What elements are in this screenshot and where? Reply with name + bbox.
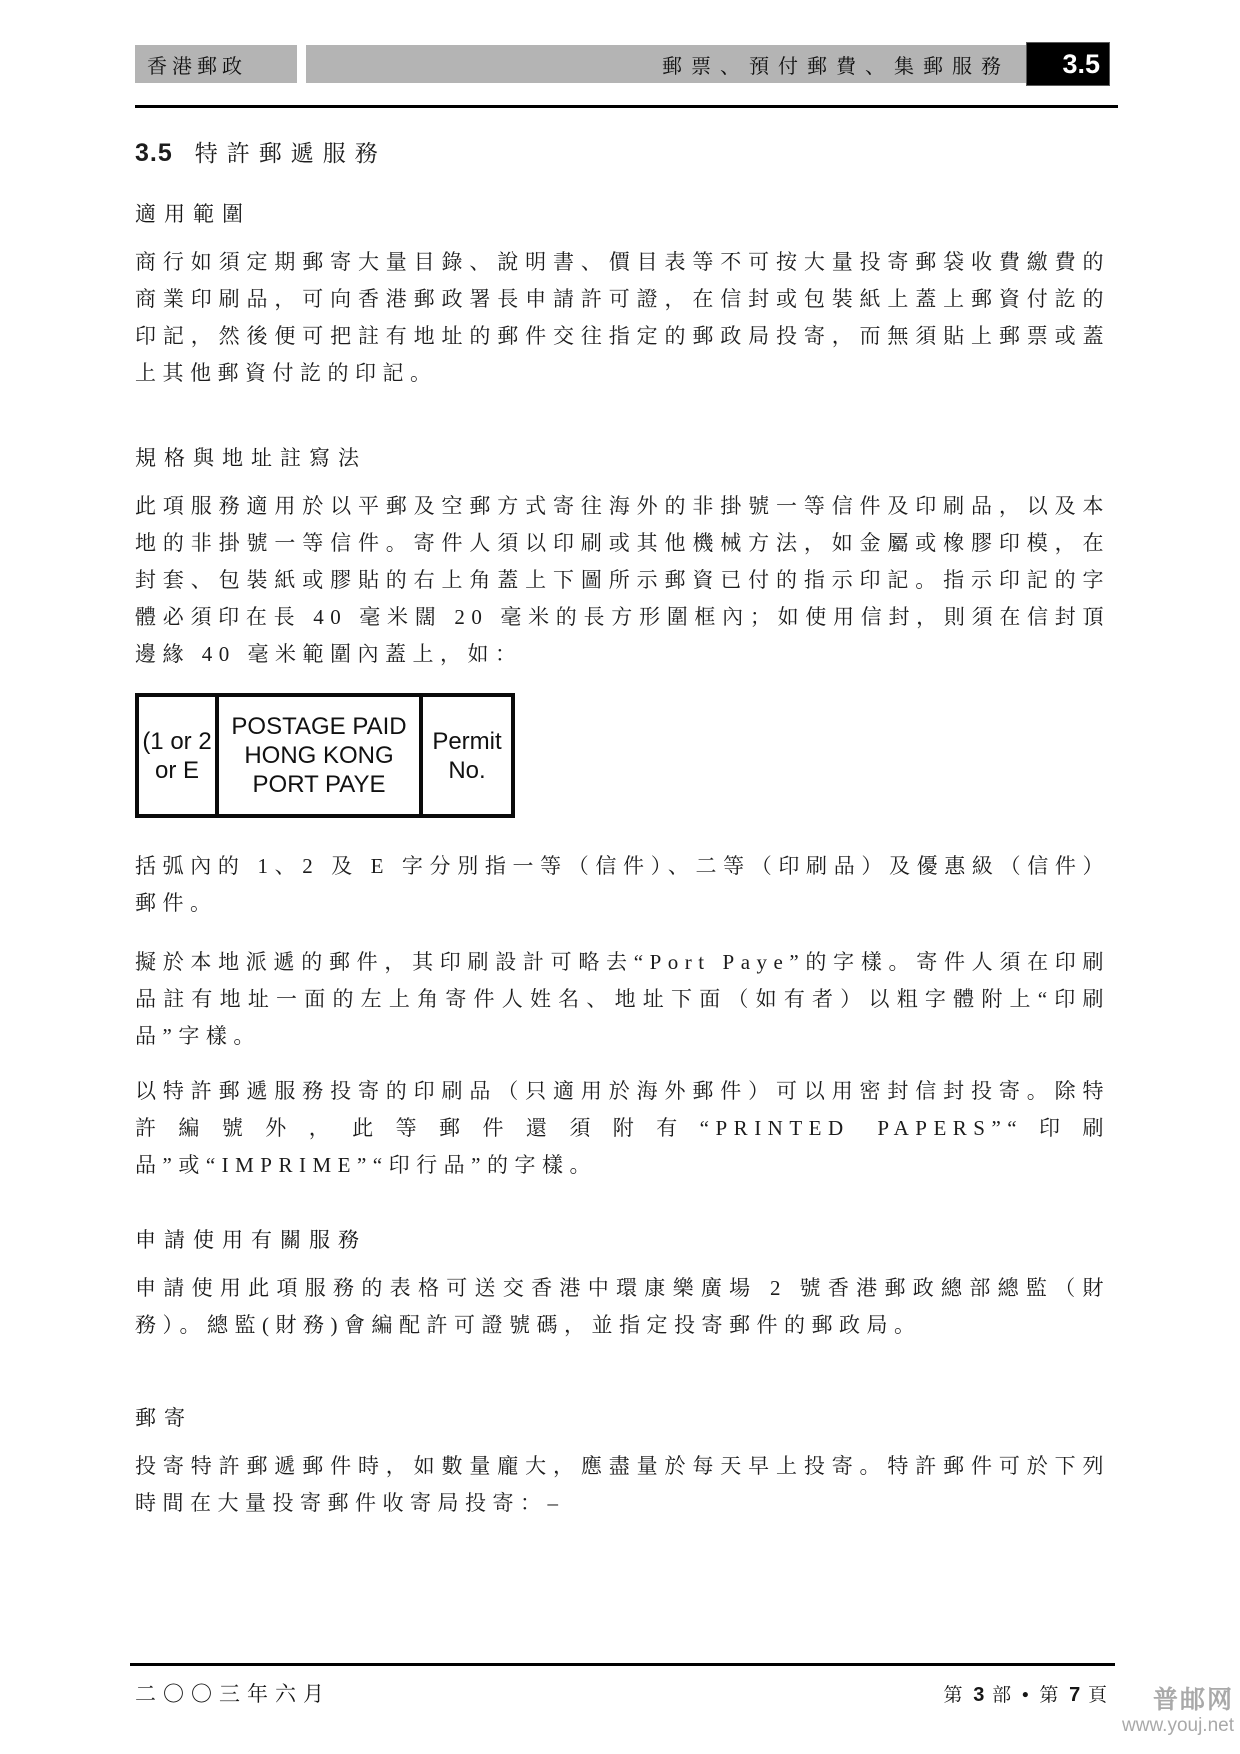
stamp-class-line1: (1 or 2 <box>142 727 211 756</box>
stamp-postage-line1: POSTAGE PAID <box>231 712 406 741</box>
header-chapter-label: 郵票、預付郵費、集郵服務 <box>306 45 1026 83</box>
paragraph-bracket-classes: 括弧內的 1、2 及 E 字分別指一等（信件）、二等（印刷品）及優惠級（信件）郵… <box>135 848 1110 922</box>
stamp-postage-line3: PORT PAYE <box>253 770 386 799</box>
header-divider <box>297 45 306 83</box>
page-content: 香港郵政 郵票、預付郵費、集郵服務 3.5 3.5 特許郵遞服務 適用範圍 商行… <box>0 0 1240 1522</box>
heading-scope: 適用範圍 <box>135 198 1110 228</box>
page-header: 香港郵政 郵票、預付郵費、集郵服務 3.5 <box>135 45 1110 83</box>
page-title-number: 3.5 <box>135 139 173 168</box>
page-number-part-suffix: 部 <box>992 1685 1014 1706</box>
paragraph-posting: 投寄特許郵遞郵件時，如數量龐大，應盡量於每天早上投寄。特許郵件可於下列時間在大量… <box>135 1448 1110 1522</box>
stamp-permit-cell: Permit No. <box>423 697 511 814</box>
stamp-permit-line1: Permit <box>432 727 501 756</box>
heading-application: 申請使用有關服務 <box>135 1224 1110 1254</box>
page-footer: 二〇〇三年六月 第 3 部 • 第 7 頁 <box>135 1678 1110 1708</box>
watermark-url-text: www.youj.net <box>1122 1715 1234 1737</box>
paragraph-specifications: 此項服務適用於以平郵及空郵方式寄往海外的非掛號一等信件及印刷品，以及本地的非掛號… <box>135 488 1110 673</box>
page-number-separator: • <box>1022 1685 1032 1706</box>
stamp-class-cell: (1 or 2 or E <box>139 697 219 814</box>
page-number: 第 3 部 • 第 7 頁 <box>944 1680 1110 1707</box>
paragraph-scope: 商行如須定期郵寄大量目錄、說明書、價目表等不可按大量投寄郵袋收費繳費的商業印刷品… <box>135 244 1110 392</box>
footer-rule <box>130 1663 1115 1666</box>
watermark: 普邮网 www.youj.net <box>1122 1686 1234 1737</box>
watermark-logo-text: 普邮网 <box>1122 1686 1234 1715</box>
stamp-postage-paid-cell: POSTAGE PAID HONG KONG PORT PAYE <box>219 697 423 814</box>
heading-posting: 郵寄 <box>135 1402 1110 1432</box>
page-number-part-value: 3 <box>973 1684 984 1706</box>
page-number-page-suffix: 頁 <box>1088 1685 1110 1706</box>
page-number-part-prefix: 第 <box>944 1685 966 1706</box>
heading-specifications: 規格與地址註寫法 <box>135 442 1110 472</box>
document-page: 香港郵政 郵票、預付郵費、集郵服務 3.5 3.5 特許郵遞服務 適用範圍 商行… <box>0 0 1240 1754</box>
stamp-permit-line2: No. <box>448 756 485 785</box>
section-number-badge: 3.5 <box>1026 42 1110 86</box>
page-number-page-value: 7 <box>1069 1684 1080 1706</box>
stamp-class-line2: or E <box>155 756 199 785</box>
page-title: 3.5 特許郵遞服務 <box>135 135 1110 168</box>
page-title-text: 特許郵遞服務 <box>195 135 387 168</box>
paragraph-local-delivery: 擬於本地派遞的郵件，其印刷設計可略去“Port Paye”的字樣。寄件人須在印刷… <box>135 944 1110 1055</box>
paragraph-application: 申請使用此項服務的表格可送交香港中環康樂廣場 2 號香港郵政總部總監（財務）。總… <box>135 1270 1110 1344</box>
stamp-postage-line2: HONG KONG <box>244 741 393 770</box>
paragraph-printed-papers: 以特許郵遞服務投寄的印刷品（只適用於海外郵件）可以用密封信封投寄。除特許編號外，… <box>135 1073 1110 1184</box>
postage-paid-impression-box: (1 or 2 or E POSTAGE PAID HONG KONG PORT… <box>135 693 515 818</box>
header-org-label: 香港郵政 <box>135 45 297 83</box>
header-rule <box>135 105 1118 108</box>
footer-date: 二〇〇三年六月 <box>135 1678 331 1708</box>
page-number-page-prefix: 第 <box>1039 1685 1061 1706</box>
